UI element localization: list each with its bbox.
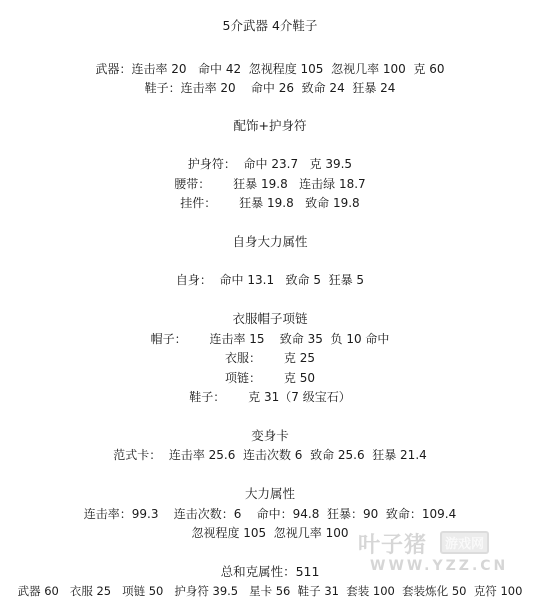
card-header: 变身卡 (0, 428, 540, 444)
total-stats-2: 忽视程度 105 忽视几率 100 (0, 525, 540, 541)
ke-breakdown: 武器 60 衣服 25 项链 50 护身符 39.5 星卡 56 鞋子 31 套… (0, 583, 540, 599)
pendant-stats: 挂件： 狂暴 19.8 致命 19.8 (0, 195, 540, 211)
self-stats: 自身： 命中 13.1 致命 5 狂暴 5 (0, 272, 540, 288)
amulet-stats: 护身符： 命中 23.7 克 39.5 (0, 156, 540, 172)
shoes-gem-stats: 鞋子： 克 31（7 级宝石） (0, 389, 540, 405)
necklace-stats: 项链： 克 50 (0, 370, 540, 386)
document-body: 5介武器 4介鞋子 武器：连击率 20 命中 42 忽视程度 105 忽视几率 … (0, 0, 540, 606)
clothes-stats: 衣服： 克 25 (0, 350, 540, 366)
ke-header: 总和克属性：511 (0, 564, 540, 580)
shoes-stats: 鞋子：连击率 20 命中 26 致命 24 狂暴 24 (0, 80, 540, 96)
card-stats: 范式卡： 连击率 25.6 连击次数 6 致命 25.6 狂暴 21.4 (0, 447, 540, 463)
set-header: 5介武器 4介鞋子 (0, 18, 540, 34)
total-header: 大力属性 (0, 486, 540, 502)
hat-stats: 帽子： 连击率 15 致命 35 负 10 命中 (0, 331, 540, 347)
total-stats-1: 连击率：99.3 连击次数：6 命中：94.8 狂暴：90 致命：109.4 (0, 506, 540, 522)
self-header: 自身大力属性 (0, 234, 540, 250)
clothes-header: 衣服帽子项链 (0, 311, 540, 327)
belt-stats: 腰带： 狂暴 19.8 连击绿 18.7 (0, 176, 540, 192)
accessories-header: 配饰+护身符 (0, 118, 540, 134)
weapon-stats: 武器：连击率 20 命中 42 忽视程度 105 忽视几率 100 克 60 (0, 61, 540, 77)
